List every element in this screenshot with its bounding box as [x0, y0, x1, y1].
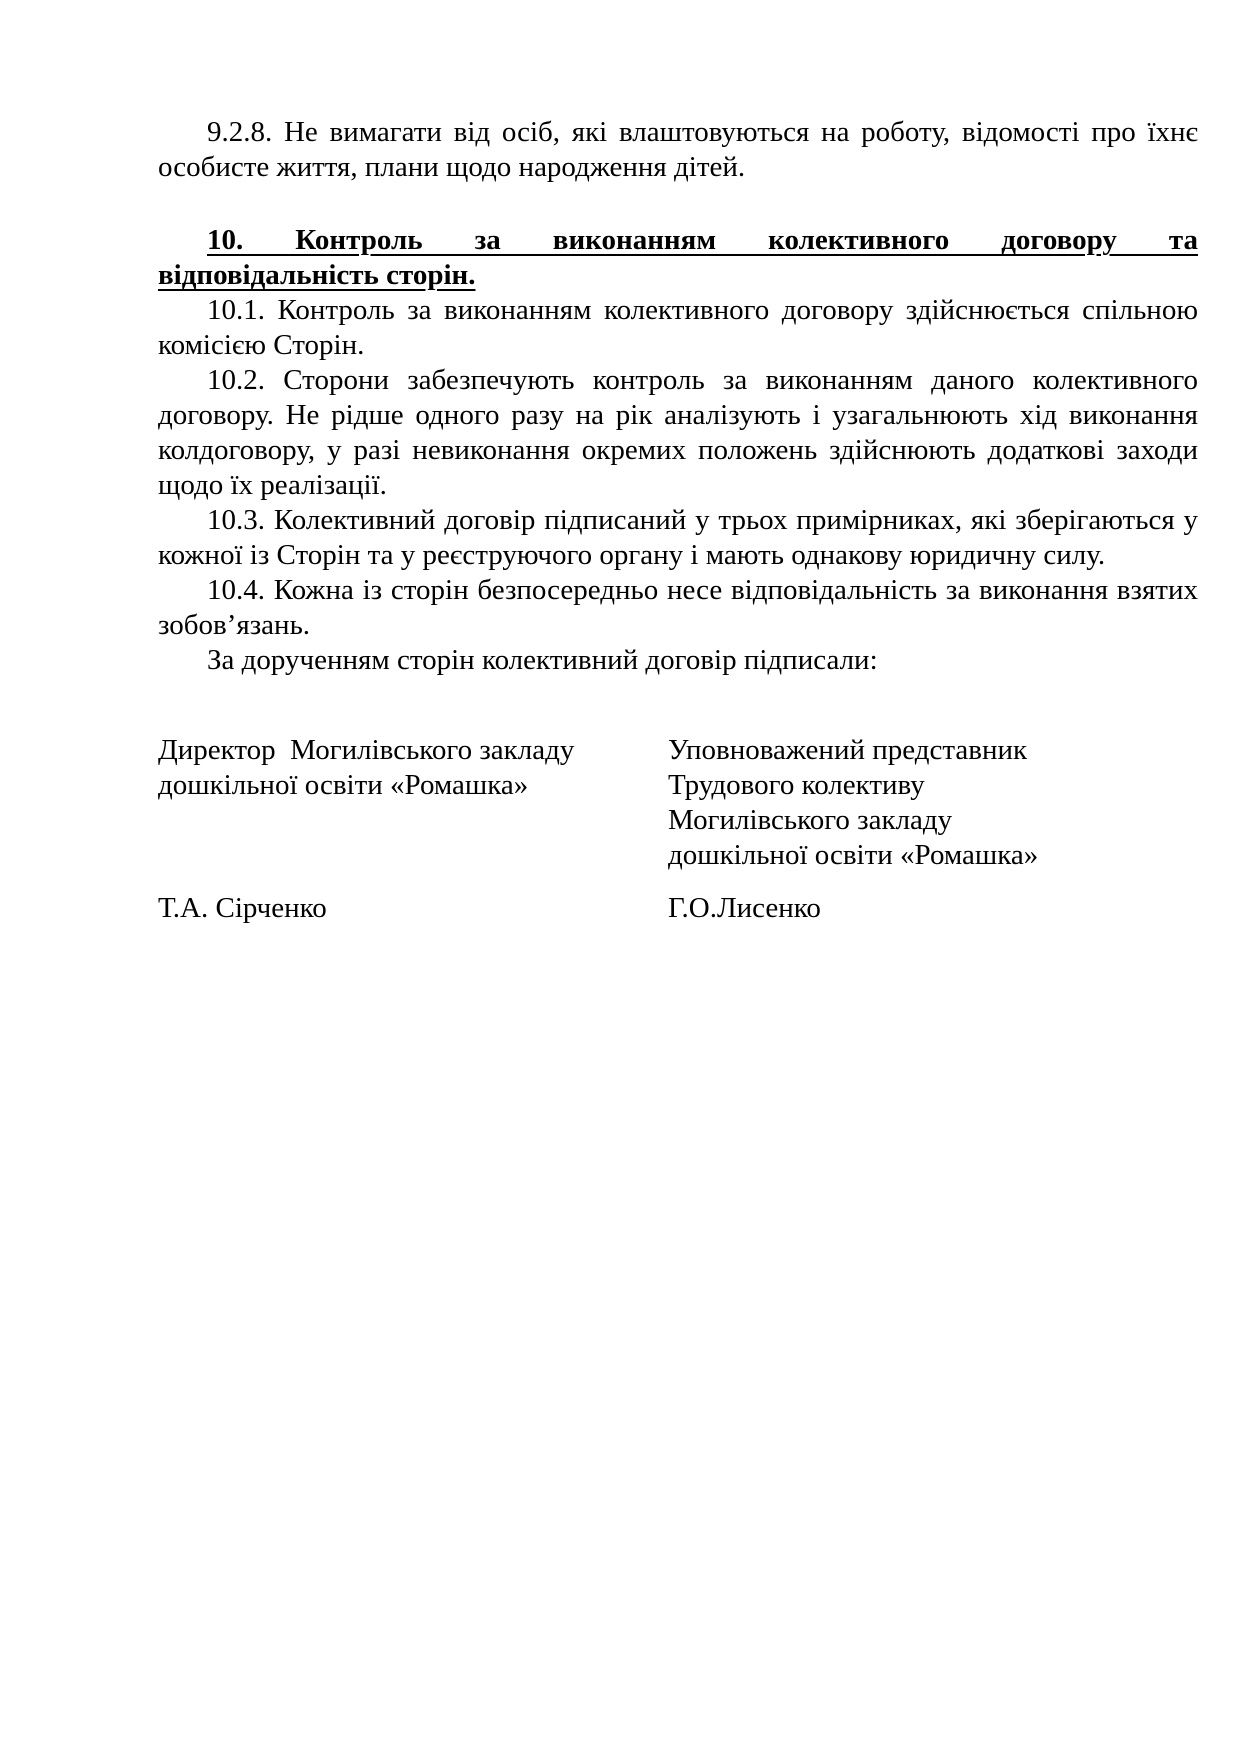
signature-right-title-line: Могилівського закладу	[668, 803, 1198, 838]
section-10-heading: 10. Контроль за виконанням колективного …	[158, 223, 1198, 293]
paragraph-10-1: 10.1. Контроль за виконанням колективног…	[158, 293, 1198, 363]
section-10-heading-line-2: відповідальність сторін.	[158, 258, 1198, 293]
signature-right-title-line: дошкільної освіти «Ромашка»	[668, 838, 1198, 873]
paragraph-10-3: 10.3. Колективний договір підписаний у т…	[158, 503, 1198, 573]
signature-left-name: Т.А. Сірченко	[158, 891, 668, 926]
section-10-heading-line-1: 10. Контроль за виконанням колективного …	[158, 223, 1198, 258]
paragraph-signing-statement: За дорученням сторін колективний договір…	[158, 643, 1198, 678]
paragraph-10-2: 10.2. Сторони забезпечують контроль за в…	[158, 363, 1198, 503]
signature-block: Директор Могилівського закладу дошкільно…	[158, 733, 1198, 926]
signature-right-name: Г.О.Лисенко	[668, 891, 1198, 926]
signature-right-title-line: Уповноважений представник	[668, 733, 1198, 768]
paragraph-9-2-8: 9.2.8. Не вимагати від осіб, які влаштов…	[158, 115, 1198, 185]
signature-left-title-line: Директор Могилівського закладу	[158, 733, 668, 768]
document-page: 9.2.8. Не вимагати від осіб, які влаштов…	[0, 0, 1240, 1754]
signature-right-title: Уповноважений представник Трудового коле…	[668, 733, 1198, 873]
signature-right-title-line: Трудового колективу	[668, 768, 1198, 803]
signature-left-title: Директор Могилівського закладу дошкільно…	[158, 733, 668, 873]
signature-left-title-line: дошкільної освіти «Ромашка»	[158, 768, 668, 803]
paragraph-10-4: 10.4. Кожна із сторін безпосередньо несе…	[158, 573, 1198, 643]
